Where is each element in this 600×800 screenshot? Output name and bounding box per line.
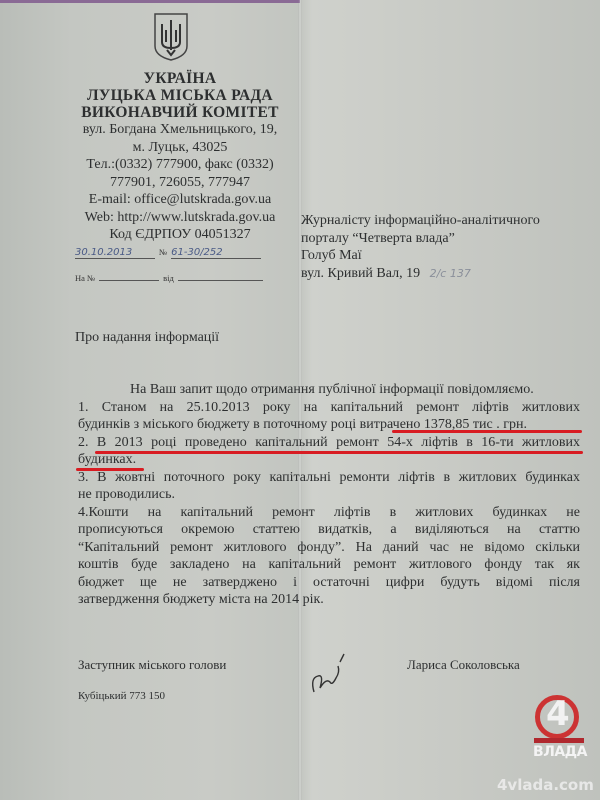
outgoing-number-row: 30.10.2013 № 61-30/252 — [60, 242, 300, 260]
red-underline-amount — [392, 430, 582, 433]
top-edge-strip — [0, 0, 300, 3]
address-line-1: вул. Богдана Хмельницького, 19, — [60, 121, 300, 139]
p1-line-1: 1. Станом на 25.10.2013 року на капіталь… — [78, 399, 580, 416]
reference-from-label: від — [163, 273, 174, 283]
handwritten-note: 2/с 137 — [430, 267, 471, 280]
reference-date-blank — [178, 280, 263, 281]
red-underline-repairs — [95, 451, 583, 454]
p4-line-3: “Капітальний ремонт житлового фонду”. На… — [78, 539, 580, 556]
logo-band — [534, 738, 584, 743]
p4-line-2: прописуються окремою статтею видатків, а… — [78, 521, 580, 538]
email-line: E-mail: office@lutskrada.gov.ua — [60, 191, 300, 209]
p4-line-4: коштів буде закладено на капітальний рем… — [78, 556, 580, 573]
reference-row: На № від — [60, 268, 300, 286]
p4-line-6: затвердження бюджету міста на 2014 рік. — [78, 591, 580, 608]
phone-line-1: Тел.:(0332) 777900, факс (0332) — [60, 156, 300, 174]
subject-line: Про надання інформації — [75, 330, 219, 346]
web-line: Web: http://www.lutskrada.gov.ua — [60, 209, 300, 227]
recipient-line-4: вул. Кривий Вал, 19 2/с 137 — [301, 265, 540, 283]
address-line-2: м. Луцьк, 43025 — [60, 139, 300, 157]
site-watermark: 4vlada.com — [497, 776, 594, 794]
committee-name: ВИКОНАВЧИЙ КОМІТЕТ — [60, 104, 300, 121]
signature-scribble-icon — [308, 648, 348, 698]
outgoing-date: 30.10.2013 — [75, 247, 155, 259]
country-name: УКРАЇНА — [60, 70, 300, 87]
recipient-line-1: Журналісту інформаційно-аналітичного — [301, 212, 540, 230]
logo-word: ВЛАДА — [532, 744, 588, 760]
p3-line-2: не проводились. — [78, 486, 580, 503]
signatory-name: Лариса Соколовська — [407, 657, 520, 673]
outgoing-no-label: № — [159, 247, 167, 257]
logo-number: 4 — [546, 694, 570, 734]
coat-of-arms-icon — [153, 12, 189, 62]
recipient-line-2: порталу “Четверта влада” — [301, 230, 540, 248]
recipient-block: Журналісту інформаційно-аналітичного пор… — [301, 212, 540, 282]
reference-label: На № — [75, 273, 95, 283]
phone-line-2: 777901, 726055, 777947 — [60, 174, 300, 192]
intro-line: На Ваш запит щодо отримання публічної ін… — [130, 381, 580, 398]
p2-line-1: 2. В 2013 році проведено капітальний рем… — [78, 434, 580, 451]
reference-blank — [99, 280, 159, 281]
p4-line-1: 4.Кошти на капітальний ремонт ліфтів в ж… — [78, 504, 580, 521]
council-name: ЛУЦЬКА МІСЬКА РАДА — [60, 87, 300, 104]
executor-info: Кубіцький 773 150 — [78, 690, 165, 702]
letterhead: УКРАЇНА ЛУЦЬКА МІСЬКА РАДА ВИКОНАВЧИЙ КО… — [60, 70, 300, 286]
chetverta-vlada-logo: 4 ВЛАДА — [530, 692, 590, 774]
p4-line-5: бюджет ще не затверджено і остаточні циф… — [78, 574, 580, 591]
red-underline-buildings — [76, 468, 144, 471]
outgoing-number: 61-30/252 — [171, 247, 261, 259]
p3-line-1: 3. В жовтні поточного року капітальні ре… — [78, 469, 580, 486]
recipient-line-3: Голуб Маї — [301, 247, 540, 265]
signatory-position: Заступник міського голови — [78, 657, 226, 673]
